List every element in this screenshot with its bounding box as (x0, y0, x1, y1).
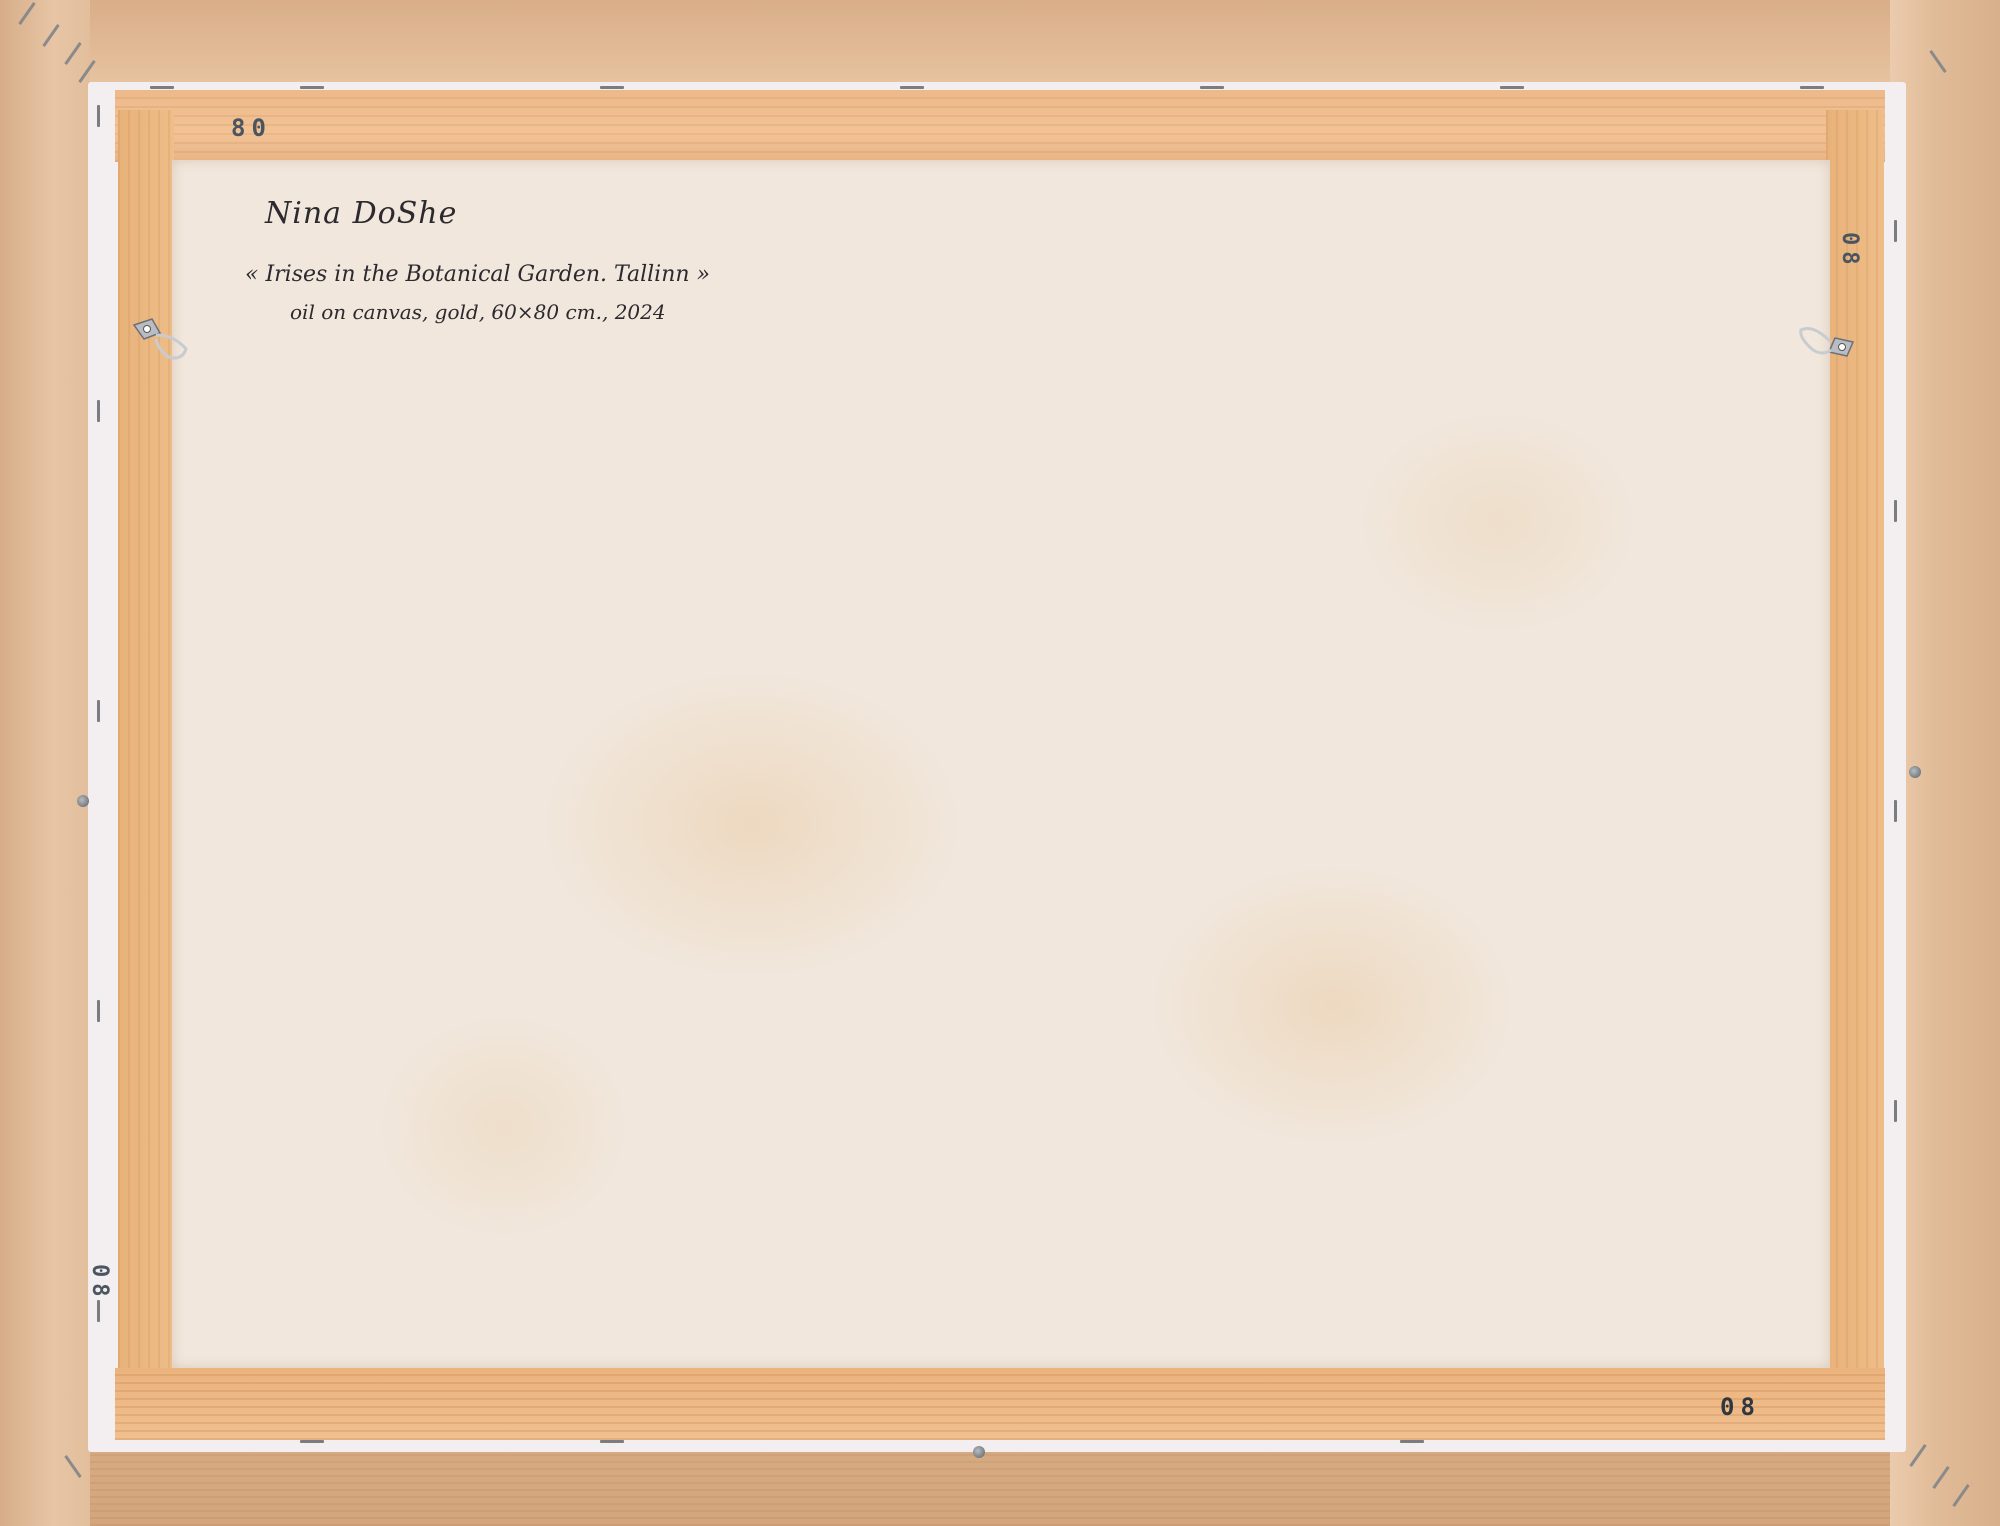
staple (1400, 1440, 1424, 1443)
staple (600, 1440, 624, 1443)
staple (97, 1300, 100, 1322)
staple (150, 86, 174, 89)
staple (900, 86, 924, 89)
staple (1894, 800, 1897, 822)
staple (97, 400, 100, 422)
outer-frame-left (0, 0, 90, 1526)
staple (1894, 500, 1897, 522)
frame-screw (973, 1446, 985, 1458)
stretcher-bar-left (118, 110, 174, 1420)
outer-frame-right (1890, 0, 2000, 1526)
staple (97, 105, 100, 127)
size-stamp-top: 80 (231, 114, 272, 142)
staple (97, 700, 100, 722)
d-ring-hanger-icon (1795, 320, 1857, 370)
frame-screw (1909, 766, 1921, 778)
stretcher-bar-top (115, 90, 1885, 162)
staple (97, 1000, 100, 1022)
size-stamp-left: 08 (87, 1264, 112, 1303)
staple (300, 86, 324, 89)
stretcher-bar-right (1826, 110, 1884, 1420)
size-stamp-right: 08 (1837, 232, 1862, 271)
painting-details: oil on canvas, gold, 60×80 cm., 2024 (290, 300, 666, 324)
d-ring-hanger-icon (130, 315, 192, 365)
outer-frame-bottom (0, 1446, 2000, 1526)
staple (300, 1440, 324, 1443)
staple (1200, 86, 1224, 89)
staple (600, 86, 624, 89)
staple (1500, 86, 1524, 89)
staple (1894, 1100, 1897, 1122)
stretcher-bar-bottom (115, 1368, 1885, 1440)
size-stamp-bottom: 08 (1720, 1393, 1761, 1421)
frame-screw (77, 795, 89, 807)
outer-frame-top (0, 0, 2000, 85)
staple (1800, 86, 1824, 89)
artist-name: Nina DoShe (265, 196, 457, 231)
canvas-back (172, 160, 1830, 1368)
painting-title: « Irises in the Botanical Garden. Tallin… (245, 262, 710, 287)
staple (1894, 220, 1897, 242)
